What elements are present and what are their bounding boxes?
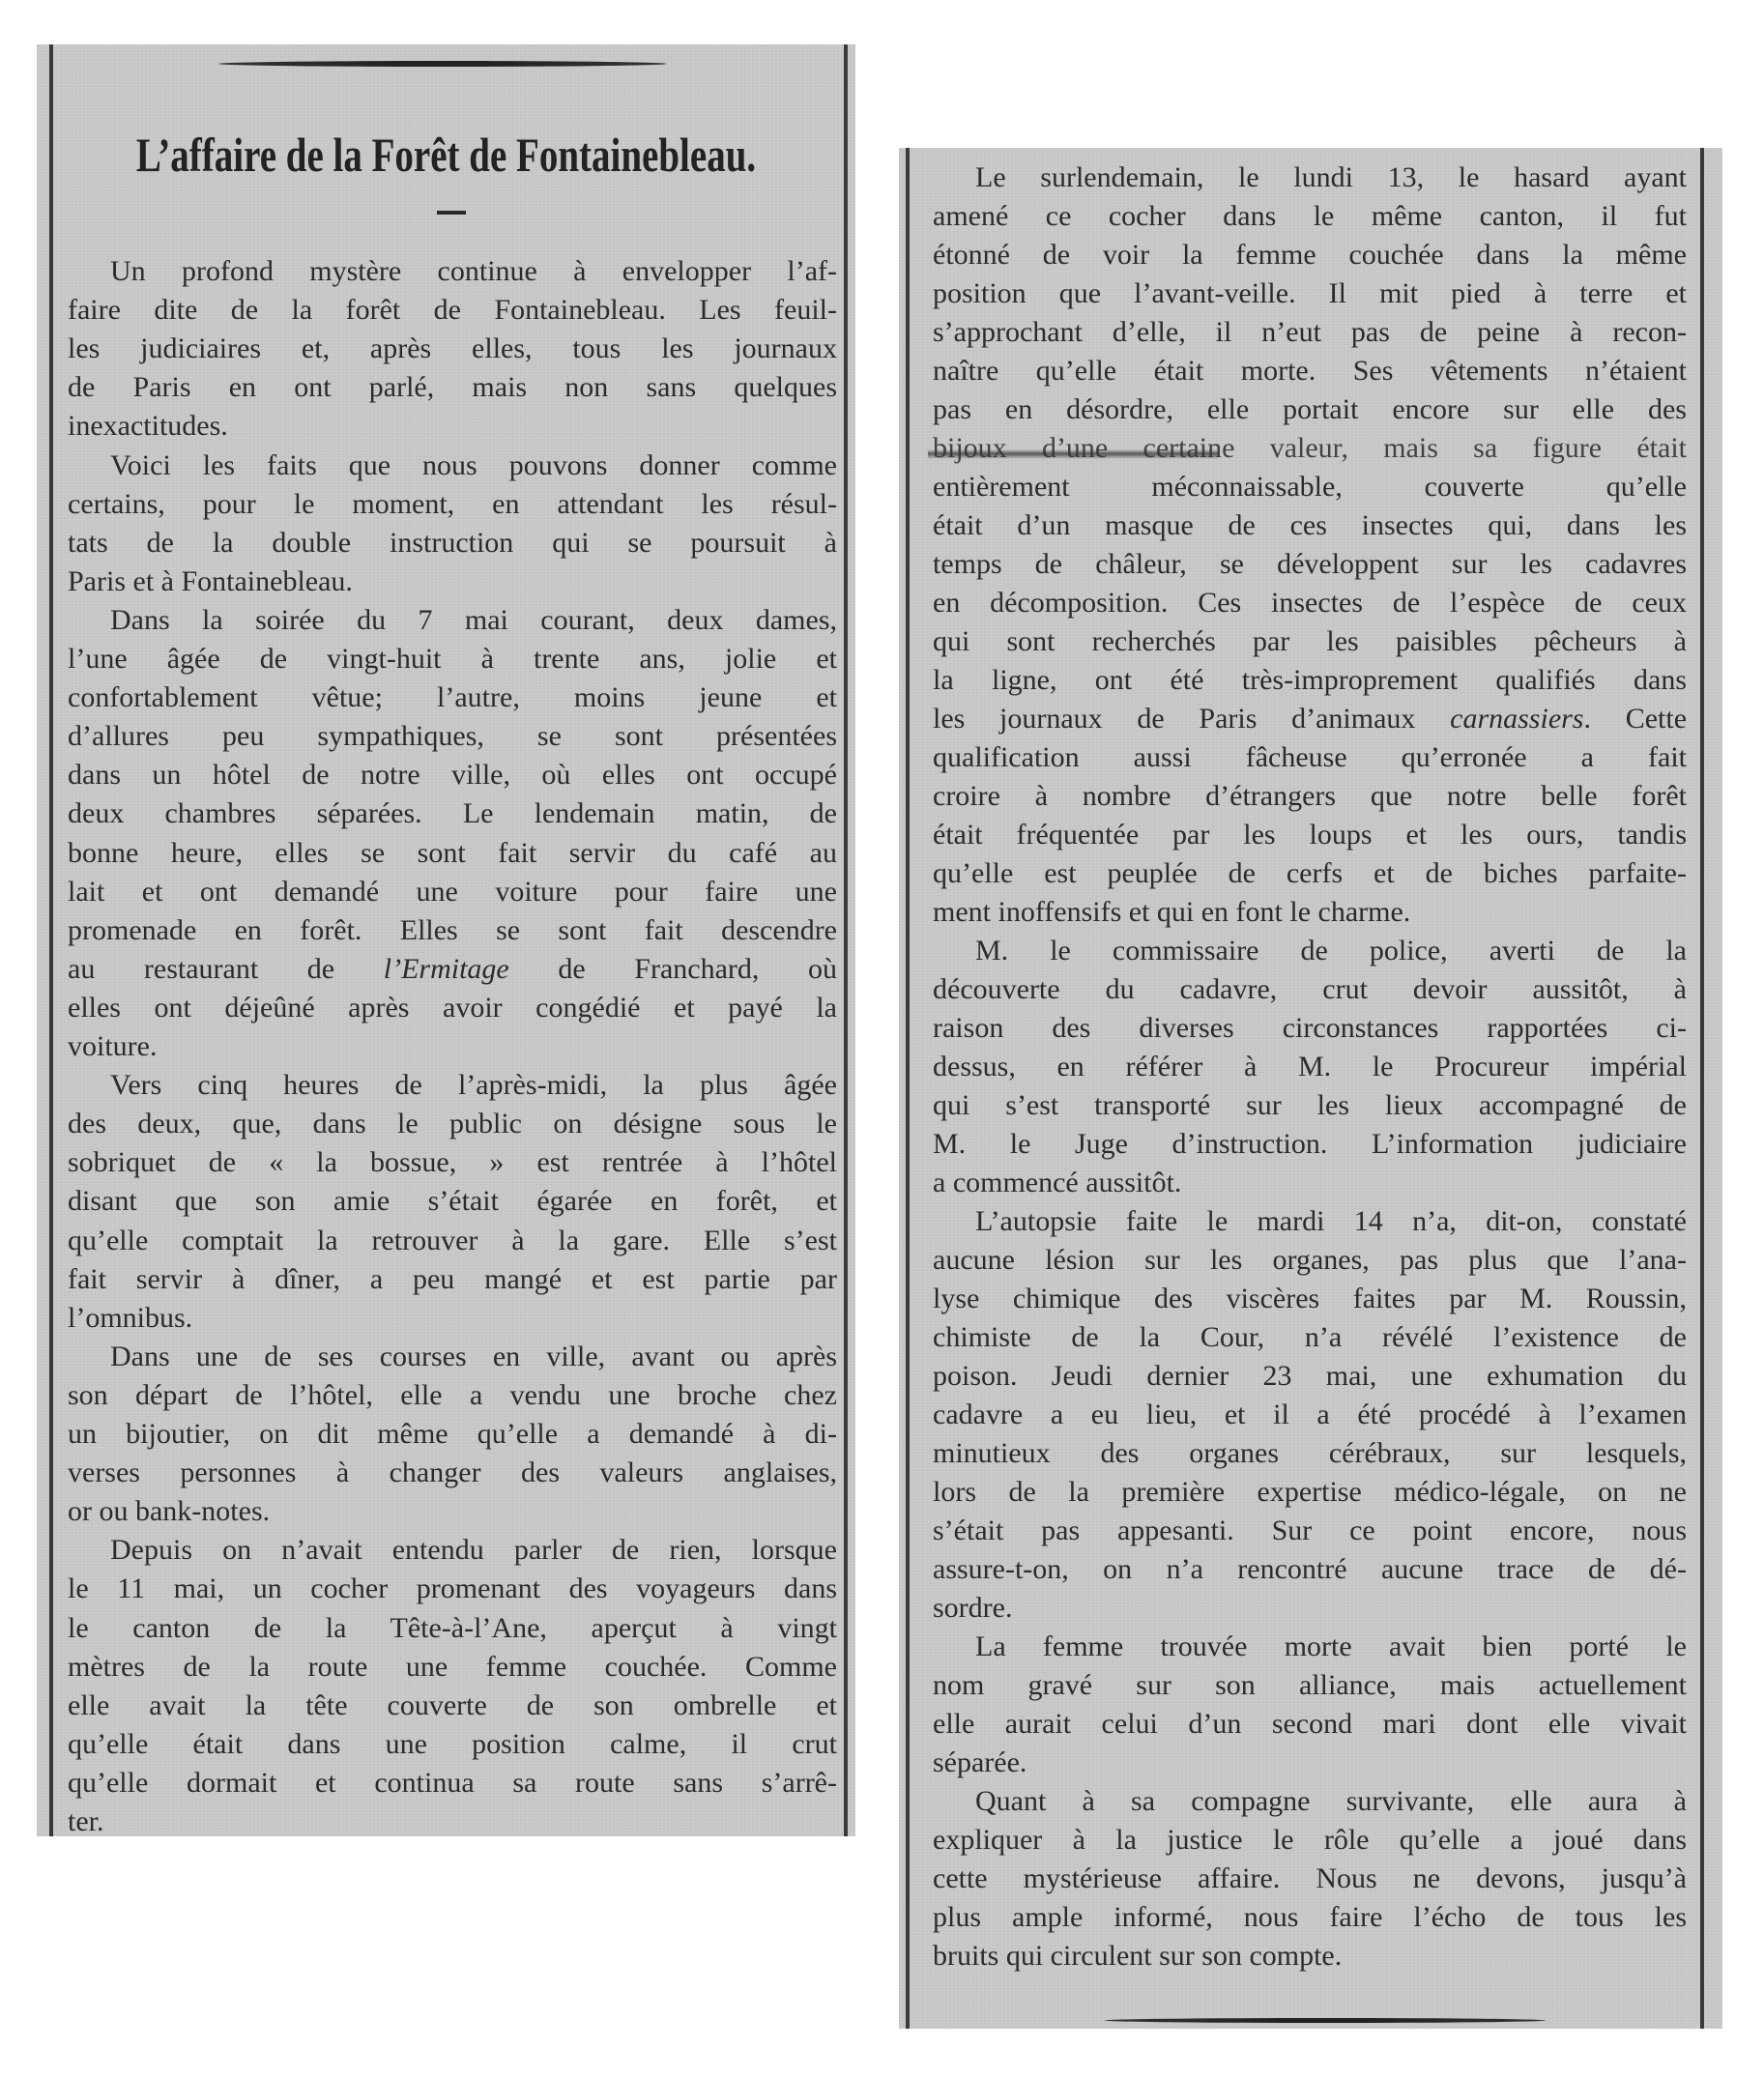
text-line: qui s’est transporté sur les lieux accom… bbox=[933, 1086, 1687, 1125]
text-line: dans un hôtel de notre ville, où elles o… bbox=[68, 756, 837, 794]
text-line: qualification aussi fâcheuse qu’erronée … bbox=[933, 738, 1687, 777]
text-line: elle avait la tête couverte de son ombre… bbox=[68, 1687, 837, 1725]
text-line: qu’elle comptait la retrouver à la gare.… bbox=[68, 1222, 837, 1260]
text-line: lors de la première expertise médico-lég… bbox=[933, 1473, 1687, 1512]
text-line: a commencé aussitôt. bbox=[933, 1164, 1687, 1202]
text-line: en décomposition. Ces insectes de l’espè… bbox=[933, 584, 1687, 622]
title-separator-dash bbox=[437, 211, 466, 215]
text-line: était fréquentée par les loups et les ou… bbox=[933, 816, 1687, 854]
text-line: mètres de la route une femme couchée. Co… bbox=[68, 1648, 837, 1687]
text-line: son départ de l’hôtel, elle a vendu une … bbox=[68, 1376, 837, 1415]
bottom-decorative-rule bbox=[1105, 2018, 1546, 2023]
text-line: sobriquet de « la bossue, » est rentrée … bbox=[68, 1143, 837, 1182]
text-line: l’omnibus. bbox=[68, 1299, 837, 1338]
text-line: promenade en forêt. Elles se sont fait d… bbox=[68, 911, 837, 950]
text-line: certains, pour le moment, en attendant l… bbox=[68, 485, 837, 524]
text-line: confortablement vêtue; l’autre, moins je… bbox=[68, 678, 837, 717]
text-line: plus ample informé, nous faire l’écho de… bbox=[933, 1898, 1687, 1937]
text-line: un bijoutier, on dit même qu’elle a dema… bbox=[68, 1415, 837, 1454]
text-line: était d’un masque de ces insectes qui, d… bbox=[933, 506, 1687, 545]
right-column-rule bbox=[844, 44, 848, 1836]
left-article-clipping: L’affaire de la Forêt de Fontainebleau. … bbox=[37, 44, 855, 1836]
text-line: l’une âgée de vingt-huit à trente ans, j… bbox=[68, 640, 837, 678]
text-line: aucune lésion sur les organes, pas plus … bbox=[933, 1241, 1687, 1280]
text-line: découverte du cadavre, crut devoir aussi… bbox=[933, 970, 1687, 1009]
text-line: position que l’avant-veille. Il mit pied… bbox=[933, 274, 1687, 313]
text-line: qui sont recherchés par les paisibles pê… bbox=[933, 622, 1687, 661]
text-line: or ou bank-notes. bbox=[68, 1492, 837, 1531]
text-line: qu’elle dormait et continua sa route san… bbox=[68, 1764, 837, 1803]
text-line: Un profond mystère continue à envelopper… bbox=[68, 252, 837, 291]
text-line: ter. bbox=[68, 1803, 837, 1836]
text-line: raison des diverses circonstances rappor… bbox=[933, 1009, 1687, 1048]
right-column-rule bbox=[1700, 148, 1704, 2029]
text-line: lyse chimique des viscères faites par M.… bbox=[933, 1280, 1687, 1318]
left-column-rule bbox=[906, 148, 910, 2029]
text-line: elle aurait celui d’un second mari dont … bbox=[933, 1705, 1687, 1744]
text-line: le 11 mai, un cocher promenant des voyag… bbox=[68, 1570, 837, 1608]
text-line: deux chambres séparées. Le lendemain mat… bbox=[68, 794, 837, 833]
text-line: d’allures peu sympathiques, se sont prés… bbox=[68, 717, 837, 756]
text-line: étonné de voir la femme couchée dans la … bbox=[933, 236, 1687, 274]
text-line: s’approchant d’elle, il n’eut pas de pei… bbox=[933, 313, 1687, 352]
text-line: minutieux des organes cérébraux, sur les… bbox=[933, 1434, 1687, 1473]
left-column-rule bbox=[49, 44, 53, 1836]
text-line: séparée. bbox=[933, 1744, 1687, 1782]
text-line: M. le commissaire de police, averti de l… bbox=[933, 932, 1687, 970]
text-line: Dans la soirée du 7 mai courant, deux da… bbox=[68, 601, 837, 640]
text-line: bonne heure, elles se sont fait servir d… bbox=[68, 834, 837, 873]
text-line: Paris et à Fontainebleau. bbox=[68, 563, 837, 601]
text-line: fait servir à dîner, a peu mangé et est … bbox=[68, 1260, 837, 1299]
text-line: L’autopsie faite le mardi 14 n’a, dit-on… bbox=[933, 1202, 1687, 1241]
text-line: Quant à sa compagne survivante, elle aur… bbox=[933, 1782, 1687, 1821]
text-line: cette mystérieuse affaire. Nous ne devon… bbox=[933, 1860, 1687, 1898]
text-line: de Paris en ont parlé, mais non sans que… bbox=[68, 368, 837, 407]
text-line: M. le Juge d’instruction. L’information … bbox=[933, 1125, 1687, 1164]
italic-term: carnassiers bbox=[1450, 703, 1583, 735]
text-line: amené ce cocher dans le même canton, il … bbox=[933, 197, 1687, 236]
text-line: Depuis on n’avait entendu parler de rien… bbox=[68, 1531, 837, 1570]
right-article-clipping: Le surlendemain, le lundi 13, le hasard … bbox=[899, 148, 1722, 2029]
text-line: sordre. bbox=[933, 1589, 1687, 1628]
text-line: verses personnes à changer des valeurs a… bbox=[68, 1454, 837, 1492]
text-line: Dans une de ses courses en ville, avant … bbox=[68, 1338, 837, 1376]
text-line: bijoux d’une certaine valeur, mais sa fi… bbox=[933, 429, 1687, 468]
text-line: Vers cinq heures de l’après-midi, la plu… bbox=[68, 1066, 837, 1105]
text-line: naître qu’elle était morte. Ses vêtement… bbox=[933, 352, 1687, 390]
text-line: disant que son amie s’était égarée en fo… bbox=[68, 1182, 837, 1221]
text-line: La femme trouvée morte avait bien porté … bbox=[933, 1628, 1687, 1666]
text-line: faire dite de la forêt de Fontainebleau.… bbox=[68, 291, 837, 330]
text-line: Voici les faits que nous pouvons donner … bbox=[68, 447, 837, 485]
text-line: des deux, que, dans le public on désigne… bbox=[68, 1105, 837, 1143]
text-line: voiture. bbox=[68, 1027, 837, 1066]
text-line: Le surlendemain, le lundi 13, le hasard … bbox=[933, 159, 1687, 197]
text-line: nom gravé sur son alliance, mais actuell… bbox=[933, 1666, 1687, 1705]
text-line: assure-t-on, on n’a rencontré aucune tra… bbox=[933, 1550, 1687, 1589]
text-line: s’était pas appesanti. Sur ce point enco… bbox=[933, 1512, 1687, 1550]
text-line: croire à nombre d’étrangers que notre be… bbox=[933, 777, 1687, 816]
text-line: temps de châleur, se développent sur les… bbox=[933, 545, 1687, 584]
text-line: qu’elle était dans une position calme, i… bbox=[68, 1725, 837, 1764]
text-line: chimiste de la Cour, n’a révélé l’existe… bbox=[933, 1318, 1687, 1357]
top-decorative-rule bbox=[218, 61, 667, 67]
text-line: elles ont déjeûné après avoir congédié e… bbox=[68, 989, 837, 1027]
text-line: poison. Jeudi dernier 23 mai, une exhuma… bbox=[933, 1357, 1687, 1396]
text-line: les judiciaires et, après elles, tous le… bbox=[68, 330, 837, 368]
text-line: au restaurant de l’Ermitage de Franchard… bbox=[68, 950, 837, 989]
text-line: les journaux de Paris d’animaux carnassi… bbox=[933, 700, 1687, 738]
text-line: le canton de la Tête-à-l’Ane, aperçut à … bbox=[68, 1609, 837, 1648]
text-line: qu’elle est peuplée de cerfs et de biche… bbox=[933, 854, 1687, 893]
italic-term: l’Ermitage bbox=[384, 953, 509, 985]
text-line: entièrement méconnaissable, couverte qu’… bbox=[933, 468, 1687, 506]
text-line: lait et ont demandé une voiture pour fai… bbox=[68, 873, 837, 911]
text-line: cadavre a eu lieu, et il a été procédé à… bbox=[933, 1396, 1687, 1434]
text-line: expliquer à la justice le rôle qu’elle a… bbox=[933, 1821, 1687, 1860]
text-line: bruits qui circulent sur son compte. bbox=[933, 1937, 1687, 1976]
text-line: la ligne, ont été très-improprement qual… bbox=[933, 661, 1687, 700]
paper-fold-damage bbox=[928, 449, 1218, 459]
text-line: tats de la double instruction qui se pou… bbox=[68, 524, 837, 563]
text-line: dessus, en référer à M. le Procureur imp… bbox=[933, 1048, 1687, 1086]
text-line: pas en désordre, elle portait encore sur… bbox=[933, 390, 1687, 429]
text-line: ment inoffensifs et qui en font le charm… bbox=[933, 893, 1687, 932]
article-title: L’affaire de la Forêt de Fontainebleau. bbox=[127, 126, 766, 184]
text-line: inexactitudes. bbox=[68, 407, 837, 446]
